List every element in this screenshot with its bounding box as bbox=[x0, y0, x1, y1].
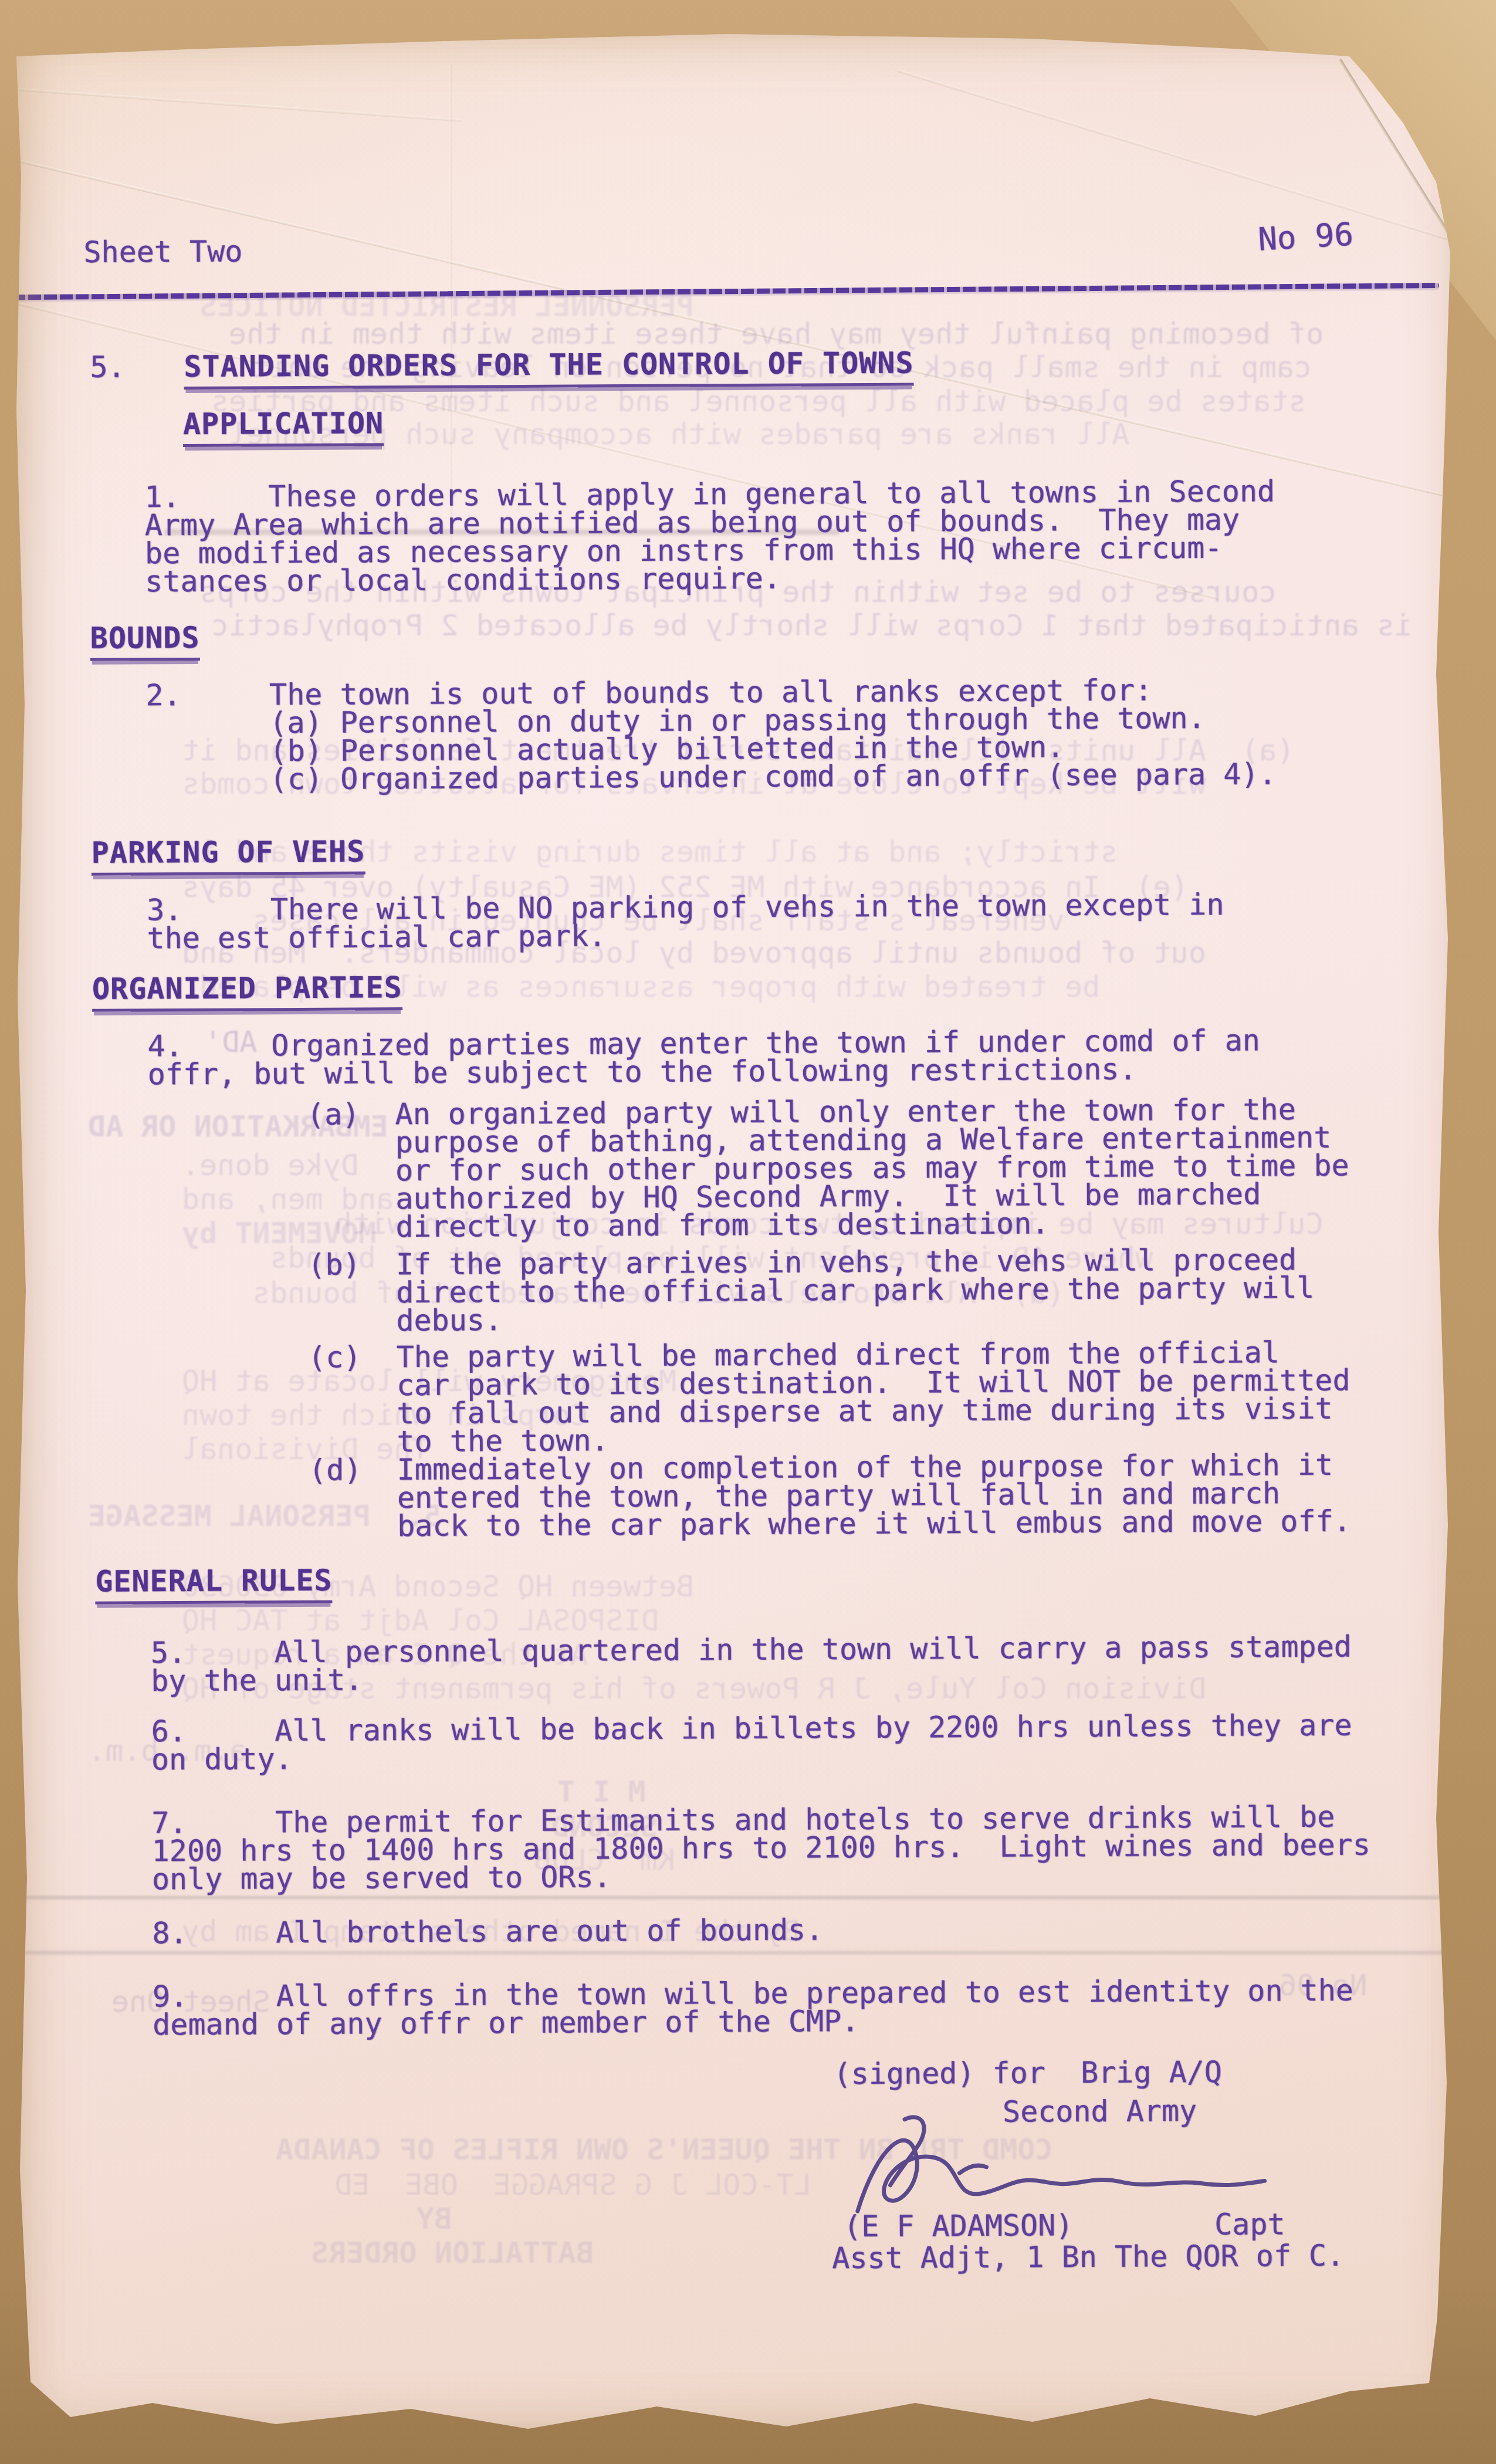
doc-paragraph: 9. All offrs in the town will be prepare… bbox=[153, 1976, 1353, 2039]
doc-paragraph: (a) An organized party will only enter t… bbox=[148, 1095, 1349, 1243]
doc-paragraph: 7. The permit for Estimanits and hotels … bbox=[151, 1802, 1370, 1893]
typed-layer: 5.STANDING ORDERS FOR THE CONTROL OF TOW… bbox=[0, 0, 1496, 2464]
document-page: PERSONNEL RESTRICTED NOTICESof becoming … bbox=[0, 0, 1496, 2464]
signed-for-line: (signed) for Brig A/Q bbox=[833, 2058, 1222, 2088]
heading-text: GENERAL RULES bbox=[95, 1563, 333, 1605]
section-number: 5. bbox=[90, 353, 184, 381]
doc-line: 1200 hrs to 1400 hrs and 1800 hrs to 210… bbox=[151, 1830, 1370, 1865]
doc-line: demand of any offr or member of the CMP. bbox=[153, 2005, 1353, 2039]
scan-backing: PERSONNEL RESTRICTED NOTICESof becoming … bbox=[0, 0, 1496, 2464]
signatory-name-line: (E F ADAMSON) Capt bbox=[844, 2210, 1285, 2240]
doc-paragraph: 6. All ranks will be back in billets by … bbox=[151, 1711, 1352, 1774]
doc-paragraph: 5. All personnel quartered in the town w… bbox=[151, 1633, 1352, 1695]
heading-text: APPLICATION bbox=[183, 406, 384, 447]
doc-line: 5. All personnel quartered in the town w… bbox=[151, 1633, 1352, 1667]
heading-text: BOUNDS bbox=[90, 621, 200, 661]
doc-heading: APPLICATION bbox=[183, 409, 384, 438]
doc-line: back to the car park where it will embus… bbox=[150, 1507, 1351, 1542]
doc-heading: PARKING OF VEHS bbox=[92, 837, 365, 867]
signatory-role-line: Asst Adjt, 1 Bn The QOR of C. bbox=[832, 2242, 1344, 2273]
heading-text: STANDING ORDERS FOR THE CONTROL OF TOWNS bbox=[184, 346, 913, 390]
doc-paragraph: (d) Immediately on completion of the pur… bbox=[150, 1451, 1351, 1542]
doc-paragraph: (c) The party will be marched direct fro… bbox=[149, 1338, 1351, 1457]
doc-heading: ORGANIZED PARTIES bbox=[92, 973, 402, 1003]
doc-line: (c) Organized parties under comd of an o… bbox=[146, 760, 1277, 794]
doc-line: offr, but will be subject to the followi… bbox=[148, 1054, 1261, 1088]
doc-line: 8. All brothels are out of bounds. bbox=[152, 1915, 823, 1947]
heading-text: ORGANIZED PARTIES bbox=[92, 970, 402, 1012]
doc-heading: GENERAL RULES bbox=[95, 1566, 333, 1596]
doc-title: 5.STANDING ORDERS FOR THE CONTROL OF TOW… bbox=[90, 349, 913, 381]
doc-paragraph: 2. The town is out of bounds to all rank… bbox=[145, 675, 1277, 794]
doc-paragraph: 1. These orders will apply in general to… bbox=[144, 477, 1275, 595]
doc-paragraph: 8. All brothels are out of bounds. bbox=[152, 1915, 823, 1947]
doc-paragraph: (b) If the party arrives in vehs, the ve… bbox=[148, 1245, 1315, 1336]
doc-line: 6. All ranks will be back in billets by … bbox=[151, 1711, 1352, 1746]
heading-text: PARKING OF VEHS bbox=[92, 834, 365, 875]
scanned-document-screenshot: { "document": { "header": { "sheet_label… bbox=[0, 0, 1496, 2464]
doc-line: direct to the official car park where th… bbox=[149, 1274, 1315, 1308]
doc-line: stances or local conditions require. bbox=[145, 561, 1275, 595]
doc-line: to fall out and disperse at any time dur… bbox=[150, 1395, 1351, 1429]
typed-content: Sheet Two No 96 5.STANDING ORDERS FOR TH… bbox=[0, 0, 1496, 2464]
doc-paragraph: 4. Organized parties may enter the town … bbox=[147, 1026, 1260, 1088]
doc-line: directly to and from its destination. bbox=[148, 1208, 1349, 1243]
doc-heading: BOUNDS bbox=[90, 624, 200, 652]
doc-paragraph: 3. There will be NO parking of vehs in t… bbox=[147, 891, 1224, 953]
doc-line: 3. There will be NO parking of vehs in t… bbox=[147, 891, 1224, 925]
